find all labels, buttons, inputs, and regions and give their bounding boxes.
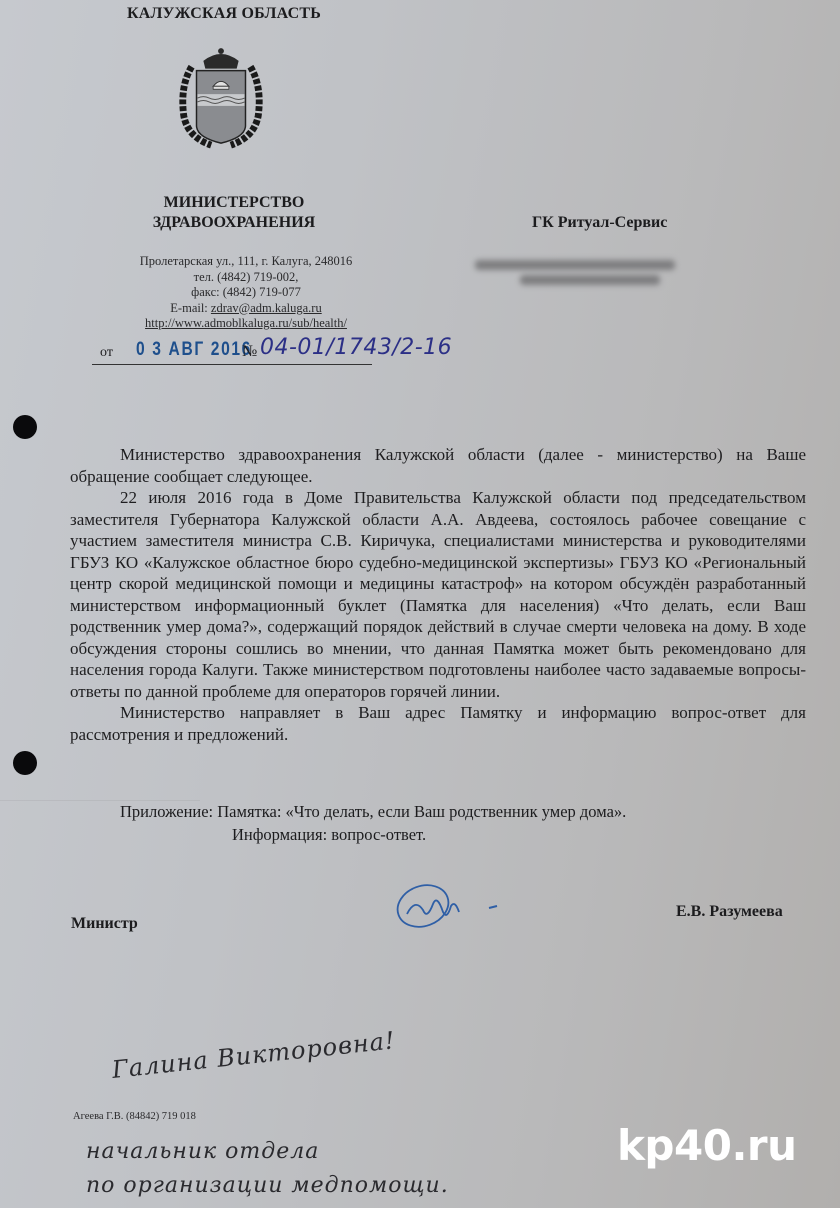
address: Пролетарская ул., 111, г. Калуга, 248016: [96, 254, 396, 270]
ministry-contacts: Пролетарская ул., 111, г. Калуга, 248016…: [96, 254, 396, 332]
punch-hole-top: [13, 415, 37, 439]
recipient-name: ГК Ритуал-Сервис: [532, 214, 667, 232]
email-line: E-mail: zdrav@adm.kaluga.ru: [96, 301, 396, 317]
attachment-line-1: Приложение: Памятка: «Что делать, если В…: [120, 800, 626, 823]
handwritten-line-1: начальник отдела: [86, 1135, 449, 1169]
kaluga-coat-of-arms-icon: [172, 46, 270, 156]
handwritten-line-2: по организации медпомощи.: [86, 1169, 449, 1203]
signer-title: Министр: [71, 915, 138, 933]
punch-hole-bottom: [13, 751, 37, 775]
paragraph-3: Министерство направляет в Ваш адрес Памя…: [70, 702, 806, 745]
ministry-name: МИНИСТЕРСТВО ЗДРАВООХРАНЕНИЯ: [84, 193, 384, 233]
attachments: Приложение: Памятка: «Что делать, если В…: [120, 800, 626, 846]
recipient-address-redacted: [475, 257, 725, 291]
date-stamp: 0 3 АВГ 2016: [136, 339, 252, 361]
registration-underline: [92, 364, 372, 365]
number-label: №: [242, 343, 257, 361]
letter-body: Министерство здравоохранения Калужской о…: [70, 444, 806, 745]
email-label: E-mail:: [170, 301, 211, 315]
outgoing-number: 04-01/1743/2-16: [260, 335, 452, 360]
handwritten-signature-icon: [393, 876, 503, 936]
handwritten-addressee-note: Галина Викторовна!: [111, 1026, 397, 1084]
paragraph-1: Министерство здравоохранения Калужской о…: [70, 444, 806, 487]
website-link[interactable]: http://www.admoblkaluga.ru/sub/health/: [96, 316, 396, 332]
site-watermark: kp40.ru: [617, 1121, 797, 1170]
email-link[interactable]: zdrav@adm.kaluga.ru: [211, 301, 322, 315]
fax: факс: (4842) 719-077: [96, 285, 396, 301]
executor-contact: Агеева Г.В. (84842) 719 018: [73, 1111, 196, 1122]
from-label: от: [100, 345, 113, 361]
attachment-line-2: Информация: вопрос-ответ.: [232, 823, 626, 846]
signer-name: Е.В. Разумеева: [676, 903, 783, 921]
ministry-line-2: ЗДРАВООХРАНЕНИЯ: [84, 213, 384, 233]
paragraph-2: 22 июля 2016 года в Доме Правительства К…: [70, 487, 806, 702]
region-title: КАЛУЖСКАЯ ОБЛАСТЬ: [127, 5, 321, 23]
handwritten-position-note: начальник отдела по организации медпомощ…: [86, 1135, 449, 1203]
phone: тел. (4842) 719-002,: [96, 270, 396, 286]
ministry-line-1: МИНИСТЕРСТВО: [84, 193, 384, 213]
